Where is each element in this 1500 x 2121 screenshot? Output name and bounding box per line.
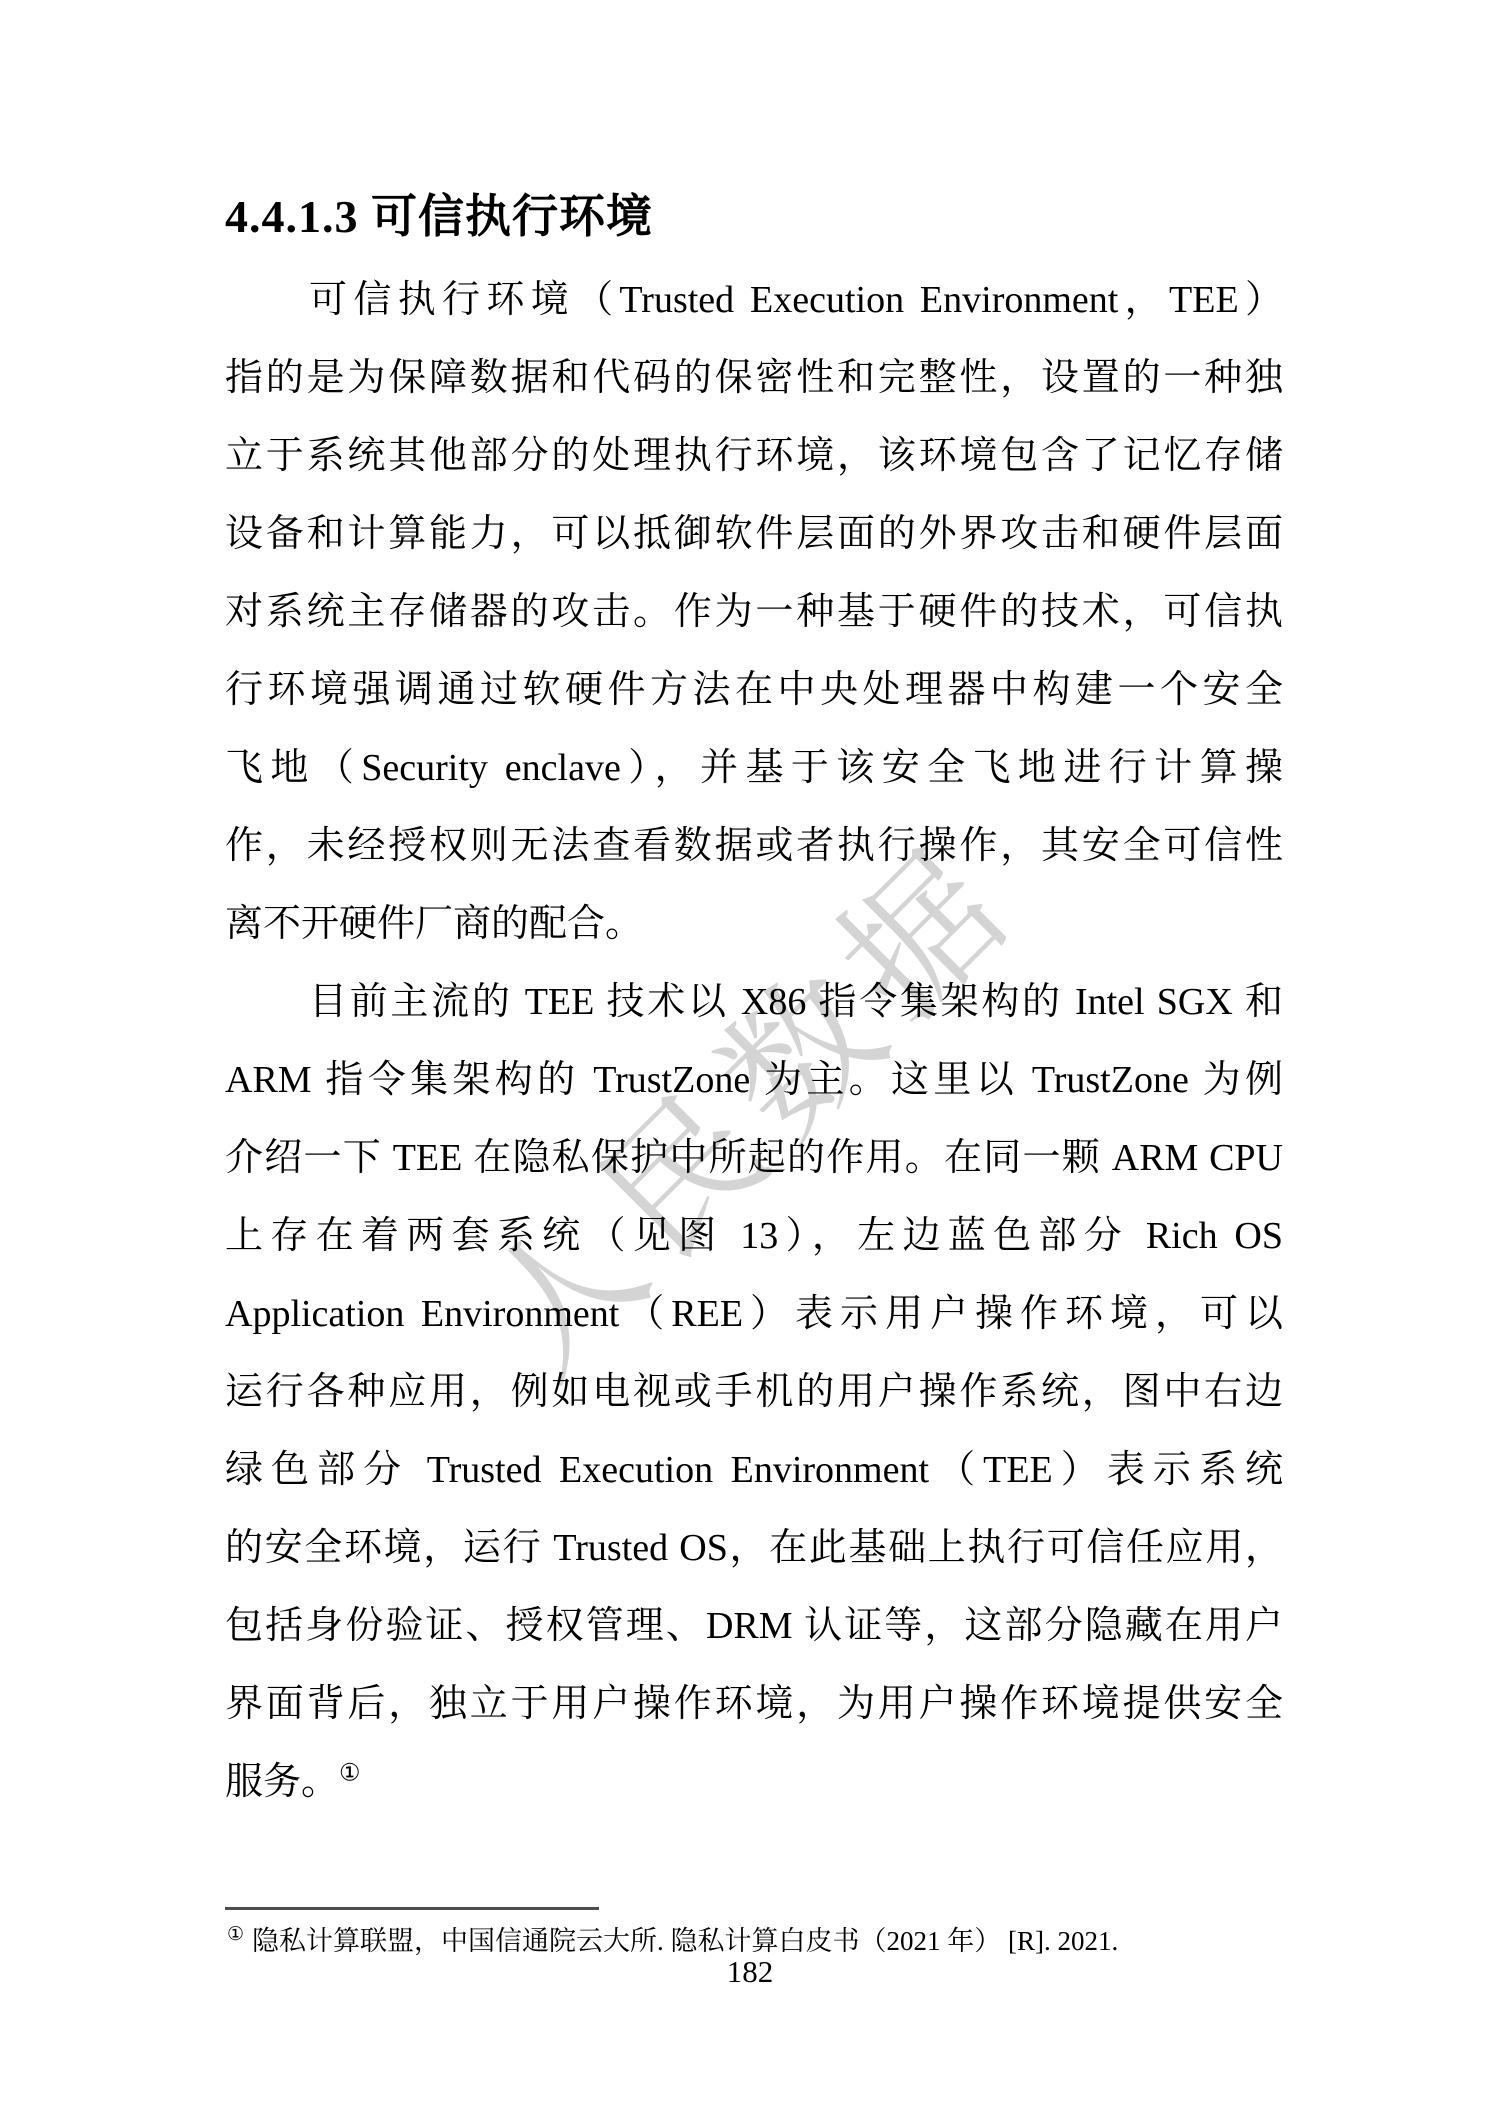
- body-line-text: 服务。: [225, 1761, 339, 1803]
- document-page: 人民数据 4.4.1.3 可信执行环境 可信执行环境（Trusted Execu…: [0, 0, 1500, 2121]
- body-line: 目前主流的 TEE 技术以 X86 指令集架构的 Intel SGX 和: [225, 963, 1283, 1041]
- body-line: 离不开硬件厂商的配合。: [225, 885, 1283, 963]
- body-line: 对系统主存储器的攻击。作为一种基于硬件的技术，可信执: [225, 573, 1283, 651]
- body-line: 行环境强调通过软硬件方法在中央处理器中构建一个安全: [225, 651, 1283, 729]
- footnote-reference-superscript: ①: [339, 1760, 361, 1786]
- body-line: 服务。①: [225, 1743, 1283, 1821]
- footnote-marker: ①: [227, 1924, 244, 1945]
- page-content: 4.4.1.3 可信执行环境 可信执行环境（Trusted Execution …: [225, 190, 1283, 1821]
- body-line: 界面背后，独立于用户操作环境，为用户操作环境提供安全: [225, 1665, 1283, 1743]
- section-heading: 4.4.1.3 可信执行环境: [225, 190, 1283, 243]
- body-line: 的安全环境，运行 Trusted OS，在此基础上执行可信任应用，: [225, 1509, 1283, 1587]
- body-line: 设备和计算能力，可以抵御软件层面的外界攻击和硬件层面: [225, 495, 1283, 573]
- body-line: 绿色部分 Trusted Execution Environment（TEE）表…: [225, 1431, 1283, 1509]
- page-number: 182: [0, 1950, 1500, 1994]
- body-text: 可信执行环境（Trusted Execution Environment，TEE…: [225, 261, 1283, 1821]
- footnote-divider: [225, 1907, 599, 1910]
- body-line: 运行各种应用，例如电视或手机的用户操作系统，图中右边: [225, 1353, 1283, 1431]
- body-line: 介绍一下 TEE 在隐私保护中所起的作用。在同一颗 ARM CPU: [225, 1119, 1283, 1197]
- body-line: 包括身份验证、授权管理、DRM 认证等，这部分隐藏在用户: [225, 1587, 1283, 1665]
- body-line: 指的是为保障数据和代码的保密性和完整性，设置的一种独: [225, 339, 1283, 417]
- body-line: 上存在着两套系统（见图 13），左边蓝色部分 Rich OS: [225, 1197, 1283, 1275]
- body-line: 可信执行环境（Trusted Execution Environment，TEE…: [225, 261, 1283, 339]
- body-line: Application Environment（REE）表示用户操作环境，可以: [225, 1275, 1283, 1353]
- body-line: 飞地（Security enclave），并基于该安全飞地进行计算操: [225, 729, 1283, 807]
- body-line: ARM 指令集架构的 TrustZone 为主。这里以 TrustZone 为例: [225, 1041, 1283, 1119]
- body-line: 作，未经授权则无法查看数据或者执行操作，其安全可信性: [225, 807, 1283, 885]
- body-line: 立于系统其他部分的处理执行环境，该环境包含了记忆存储: [225, 417, 1283, 495]
